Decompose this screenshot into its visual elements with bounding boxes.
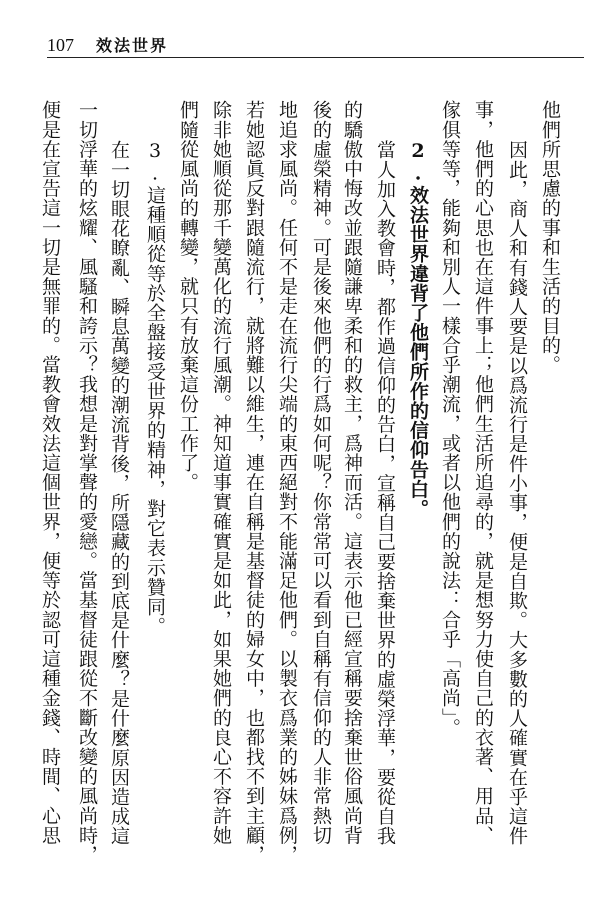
text-column: 傢俱等等，能夠和別人一樣合乎潮流，或者以他們的說法：合乎「高尚」。 (438, 100, 462, 737)
text-column: 除非她順從那千變萬化的流行風潮。神知道事實確實是如此，如果她們的良心不容許她 (209, 100, 233, 845)
text-column: 的驕傲中悔改並跟隨謙卑柔和的救主，爲神而活。這表示他已經宣稱要捨棄世俗風尚背 (340, 100, 364, 845)
page-header: 107 效法世界 (47, 30, 168, 56)
section-heading: 2.效法世界違背了他們所作的信仰告白。 (406, 140, 430, 518)
text-column: 們隨從風尚的轉變，就只有放棄這份工作了。 (176, 100, 200, 492)
text-column: 便是在宣告這一切是無罪的。當教會效法這個世界，便等於認可這種金錢、時間、心思 (38, 100, 62, 845)
text-column: 地追求風尚。任何不是走在流行尖端的東西絕對不能滿足他們。以製衣爲業的姊妹爲例， (275, 100, 299, 864)
text-column: 一切浮華的炫耀、風騷和誇示？我想是對掌聲的愛戀。當基督徒跟從不斷改變的風尚時， (75, 100, 99, 864)
section-heading: 3.這種順從等於全盤接受世界的精神，對它表示贊同。 (143, 140, 167, 636)
text-column: 因此，商人和有錢人要是以爲流行是件小事，便是自欺。大多數的人確實在乎這件 (505, 140, 529, 846)
text-column: 事，他們的心思也在這件事上；他們生活所追尋的，就是想努力使自己的衣著、用品、 (471, 100, 495, 845)
header-rule (47, 57, 584, 58)
text-column: 後的虛榮精神。可是後來他們的行爲如何呢？你常常可以看到自稱有信仰的人非常熱切 (309, 100, 333, 845)
text-column: 若她認眞反對跟隨流行，就將難以維生，連在自稱是基督徒的婦女中，也都找不到主顧， (242, 100, 266, 864)
text-column: 他們所思慮的事和生活的目的。 (538, 100, 562, 374)
text-column: 當人加入教會時，都作過信仰的告白，宣稱自己要捨棄世界的虛榮浮華，要從自我 (373, 140, 397, 846)
page-number: 107 (47, 35, 74, 56)
running-title: 效法世界 (96, 33, 168, 56)
text-column: 在一切眼花瞭亂、瞬息萬變的潮流背後，所隱藏的到底是什麼？是什麼原因造成這 (107, 140, 131, 846)
